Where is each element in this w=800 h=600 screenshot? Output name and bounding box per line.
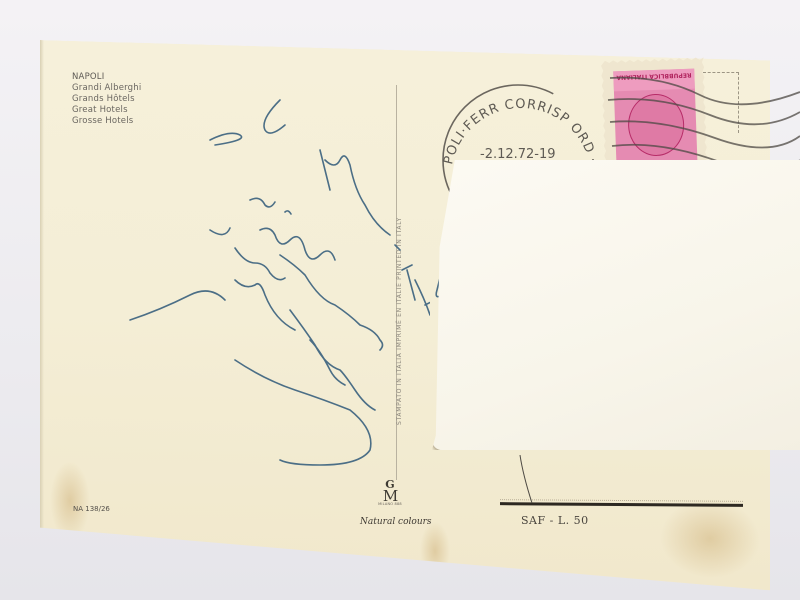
stain [660,497,760,580]
stain [50,460,90,541]
overlay-white-card [432,160,800,450]
logo-subtitle: MILANO 888 [370,502,410,506]
stain [420,521,450,582]
publisher-logo: G M MILANO 888 [370,480,410,506]
handwritten-message [110,80,430,480]
logo-letter-m: M [370,490,410,502]
postmark-date: -2.12.72-19 [480,147,556,162]
natural-colours-caption: Natural colours [360,517,432,527]
pen-stroke-line [518,455,538,505]
catalog-number: NA 138/26 [73,505,110,513]
price-text: SAF - L. 50 [521,514,589,527]
